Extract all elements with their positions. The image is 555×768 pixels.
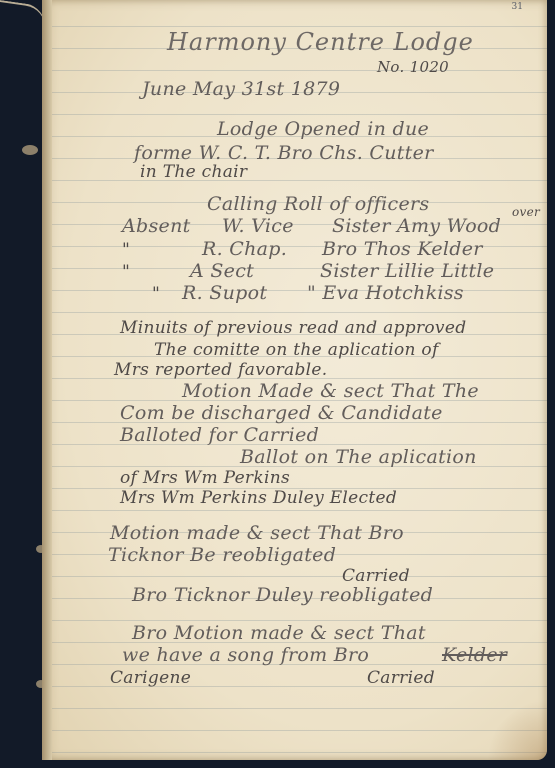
opening-line-3: in The chair [140, 162, 247, 182]
opening-line-1: Lodge Opened in due [217, 118, 429, 140]
roll-name: Sister Lillie Little [320, 260, 494, 282]
lodge-number: No. 1020 [377, 58, 449, 76]
minutes-line: Motion Made & sect That The [182, 380, 479, 402]
minutes-line: we have a song from Bro [122, 644, 369, 666]
binding-knot [22, 145, 38, 155]
roll-name: Bro Thos Kelder [322, 238, 483, 260]
roll-office: R. Chap. [202, 238, 287, 260]
roll-name: " Eva Hotchkiss [307, 282, 464, 304]
minutes-line: Minuits of previous read and approved [120, 318, 466, 338]
opening-line-2: forme W. C. T. Bro Chs. Cutter [134, 142, 434, 164]
minutes-line: Carried [342, 566, 410, 586]
roll-status: " [122, 262, 130, 282]
minutes-line: The comitte on the aplication of [154, 340, 439, 360]
struck-out-word: Kelder [442, 644, 507, 666]
minutes-line: Com be discharged & Candidate [120, 402, 443, 424]
minutes-line: of Mrs Wm Perkins [120, 468, 290, 488]
minutes-line: Carried [367, 668, 435, 688]
minutes-line: Mrs Wm Perkins Duley Elected [120, 488, 397, 508]
roll-name: Sister Amy Wood [332, 215, 501, 237]
minutes-line: Bro Motion made & sect That [132, 622, 426, 644]
roll-status: Absent [122, 215, 191, 237]
roll-office: W. Vice [222, 215, 294, 237]
minutes-line: Motion made & sect That Bro [110, 522, 404, 544]
roll-status: " [122, 240, 130, 260]
page-stain [487, 700, 547, 760]
minutes-line: Carigene [110, 668, 191, 688]
minutes-line: Mrs reported favorable. [114, 360, 327, 380]
scanned-notebook-page: 31 Harmony Centre Lodge No. 1020 June Ma… [0, 0, 555, 768]
minutes-line: Bro Ticknor Duley reobligated [132, 584, 433, 606]
page-binding-edge [42, 0, 52, 760]
minutes-line: Ballot on The aplication [240, 446, 477, 468]
meeting-date: June May 31st 1879 [142, 78, 340, 100]
roll-call-heading: Calling Roll of officers [207, 193, 429, 215]
minutes-line: Ticknor Be reobligated [108, 544, 336, 566]
lodge-title: Harmony Centre Lodge [167, 28, 474, 56]
roll-note: over [512, 205, 540, 219]
page-number: 31 [512, 2, 523, 12]
roll-office: A Sect [190, 260, 254, 282]
binding-thread [0, 0, 48, 28]
ledger-page: 31 Harmony Centre Lodge No. 1020 June Ma… [42, 0, 547, 760]
minutes-line: Balloted for Carried [120, 424, 319, 446]
roll-office: R. Supot [182, 282, 267, 304]
roll-status: " [152, 284, 160, 304]
